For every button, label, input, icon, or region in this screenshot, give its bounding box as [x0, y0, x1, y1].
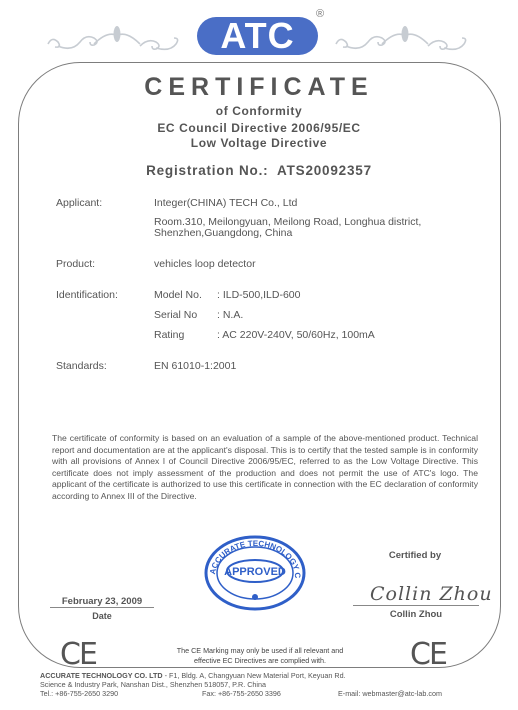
product-label: Product: [56, 258, 95, 270]
footer-address-line1: ACCURATE TECHNOLOGY CO. LTD - F1, Bldg. … [40, 671, 346, 680]
footer-address-rest: - F1, Bldg. A, Changyuan New Material Po… [163, 671, 346, 680]
standards-label: Standards: [56, 360, 107, 372]
registered-mark: ® [316, 8, 324, 20]
scroll-ornament-icon [42, 22, 192, 58]
registration-label: Registration No.: [146, 163, 268, 178]
date-divider [50, 607, 154, 608]
rating-value: : AC 220V-240V, 50/60Hz, 100mA [217, 329, 375, 341]
conformity-statement: The certificate of conformity is based o… [52, 433, 478, 503]
date-label: Date [50, 611, 154, 621]
identification-label: Identification: [56, 289, 118, 301]
product-value: vehicles loop detector [154, 258, 256, 270]
signer-name: Collin Zhou [353, 609, 479, 620]
directive-name: Low Voltage Directive [0, 136, 518, 150]
signature-divider [353, 605, 479, 606]
footer-company: ACCURATE TECHNOLOGY CO. LTD [40, 671, 163, 680]
directive-text: EC Council Directive 2006/95/EC [0, 121, 518, 135]
certificate-subtitle: of Conformity [0, 104, 518, 118]
model-no-label: Model No. [154, 289, 202, 301]
ce-mark-icon: CE [60, 637, 96, 672]
footer-address-line2: Science & Industry Park, Nanshan Dist., … [40, 680, 266, 689]
atc-logo: ATC [197, 17, 318, 55]
handwritten-signature: Collin Zhou [370, 583, 493, 605]
applicant-label: Applicant: [56, 197, 102, 209]
ce-note-line1: The CE Marking may only be used if all r… [140, 646, 380, 656]
footer-email[interactable]: E-mail: webmaster@atc-lab.com [338, 689, 442, 698]
ce-mark-icon: CE [410, 637, 446, 672]
certified-by-label: Certified by [360, 550, 470, 561]
ce-note-line2: effective EC Directives are complied wit… [140, 656, 380, 666]
model-no-value: : ILD-500,ILD-600 [217, 289, 300, 301]
applicant-address-line2: Shenzhen,Guangdong, China [154, 227, 292, 239]
footer-fax: Fax: +86-755-2650 3396 [202, 689, 281, 698]
footer-tel: Tel.: +86-755-2650 3290 [40, 689, 118, 698]
ce-marking-note: The CE Marking may only be used if all r… [140, 646, 380, 665]
serial-no-value: : N.A. [217, 309, 243, 321]
standards-value: EN 61010-1:2001 [154, 360, 236, 372]
registration-number: ATS20092357 [277, 163, 372, 178]
issue-date: February 23, 2009 [50, 596, 154, 607]
svg-text:APPROVED: APPROVED [224, 566, 286, 578]
rating-label: Rating [154, 329, 184, 341]
approved-stamp-icon: ACCURATE TECHNOLOGY CO.,LTD. APPROVED [203, 533, 307, 611]
scroll-ornament-icon [330, 22, 480, 58]
serial-no-label: Serial No [154, 309, 197, 321]
registration-line: Registration No.: ATS20092357 [0, 163, 518, 178]
applicant-name: Integer(CHINA) TECH Co., Ltd [154, 197, 297, 209]
certificate-title: CERTIFICATE [0, 73, 518, 102]
